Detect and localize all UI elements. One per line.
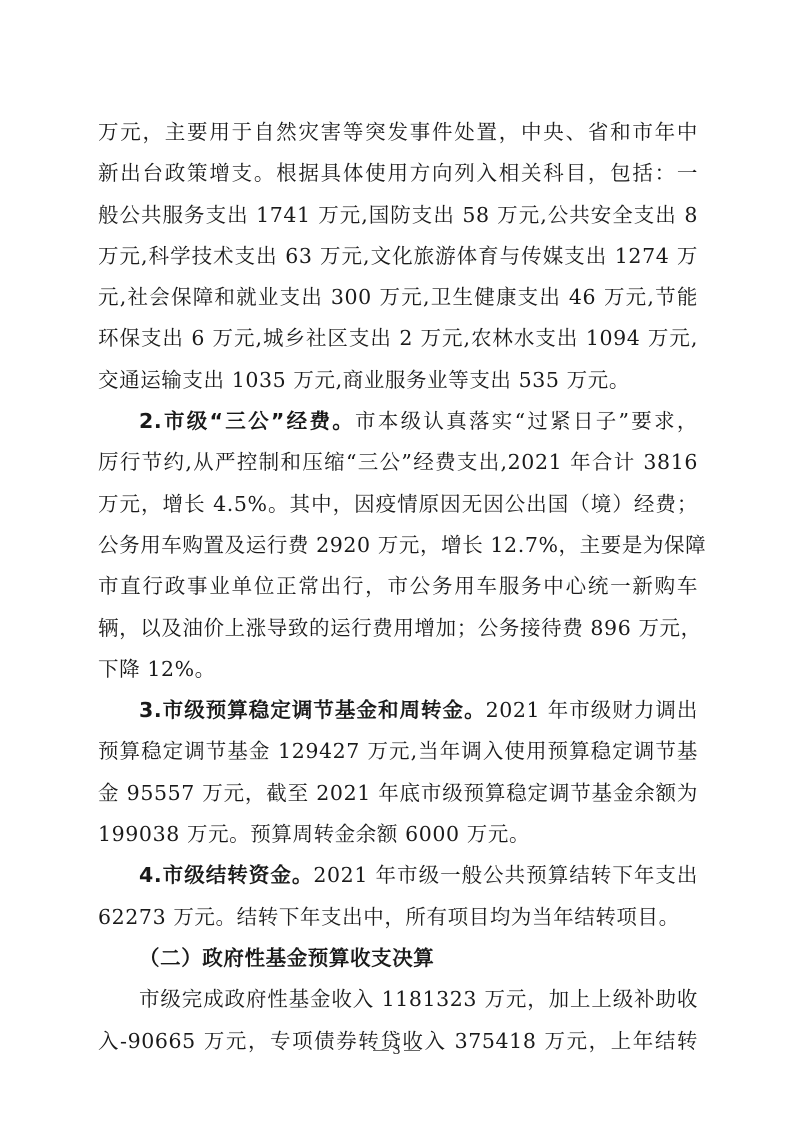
text-line: 市直行政事业单位正常出行，市公务用车服务中心统一新购车 [98, 566, 698, 607]
text-line: 62273 万元。结转下年支出中，所有项目均为当年结转项目。 [98, 897, 698, 938]
text-line: 般公共服务支出 1741 万元,国防支出 58 万元,公共安全支出 8 [98, 195, 698, 236]
text-line: 新出台政策增支。根据具体使用方向列入相关科目，包括：一 [98, 153, 698, 194]
text-line: 市级完成政府性基金收入 1181323 万元，加上上级补助收 [98, 979, 698, 1020]
text-line: 公务用车购置及运行费 2920 万元，增长 12.7%，主要是为保障 [98, 525, 698, 566]
text-line: 预算稳定调节基金 129427 万元,当年调入使用预算稳定调节基 [98, 731, 698, 772]
text-line: 万元，增长 4.5%。其中，因疫情原因无因公出国（境）经费； [98, 484, 698, 525]
text-line: 万元，主要用于自然灾害等突发事件处置，中央、省和市年中 [98, 112, 698, 153]
text-line: 199038 万元。预算周转金余额 6000 万元。 [98, 814, 698, 855]
section-stabilization-fund: 3.市级预算稳定调节基金和周转金。2021 年市级财力调出 预算稳定调节基金 1… [98, 690, 698, 855]
section-first-line: 4.市级结转资金。2021 年市级一般公共预算结转下年支出 [98, 855, 698, 896]
text-line: 元,社会保障和就业支出 300 万元,卫生健康支出 46 万元,节能 [98, 277, 698, 318]
text-line: 环保支出 6 万元,城乡社区支出 2 万元,农林水支出 1094 万元, [98, 318, 698, 359]
section-carryover-funds: 4.市级结转资金。2021 年市级一般公共预算结转下年支出 62273 万元。结… [98, 855, 698, 938]
dash-left [373, 1050, 389, 1051]
section-title: 2.市级“三公”经费。 [139, 409, 355, 433]
section-heading-government-fund: （二）政府性基金预算收支决算 [98, 938, 698, 979]
text-line: 金 95557 万元，截至 2021 年底市级预算稳定调节基金余额为 [98, 773, 698, 814]
document-page: 万元，主要用于自然灾害等突发事件处置，中央、省和市年中 新出台政策增支。根据具体… [98, 112, 698, 1062]
text-line: 下降 12%。 [98, 649, 698, 690]
text-line: 交通运输支出 1035 万元,商业服务业等支出 535 万元。 [98, 360, 698, 401]
text-line: 厉行节约,从严控制和压缩“三公”经费支出,2021 年合计 3816 [98, 442, 698, 483]
paragraph-continued: 万元，主要用于自然灾害等突发事件处置，中央、省和市年中 新出台政策增支。根据具体… [98, 112, 698, 401]
text-run: 2021 年市级一般公共预算结转下年支出 [313, 863, 698, 887]
section-title: 3.市级预算稳定调节基金和周转金。 [139, 698, 486, 722]
text-line: 万元,科学技术支出 63 万元,文化旅游体育与传媒支出 1274 万 [98, 236, 698, 277]
section-first-line: 3.市级预算稳定调节基金和周转金。2021 年市级财力调出 [98, 690, 698, 731]
page-number: 3 [392, 1043, 400, 1058]
section-first-line: 2.市级“三公”经费。市本级认真落实“过紧日子”要求， [98, 401, 698, 442]
text-run: 2021 年市级财力调出 [486, 698, 698, 722]
text-line: 辆，以及油价上涨导致的运行费用增加；公务接待费 896 万元， [98, 608, 698, 649]
dash-right [404, 1050, 420, 1051]
section-title: 4.市级结转资金。 [139, 863, 313, 887]
text-run: 市本级认真落实“过紧日子”要求， [355, 409, 698, 433]
page-footer: 3 [0, 1043, 793, 1058]
section-three-public-expenses: 2.市级“三公”经费。市本级认真落实“过紧日子”要求， 厉行节约,从严控制和压缩… [98, 401, 698, 690]
